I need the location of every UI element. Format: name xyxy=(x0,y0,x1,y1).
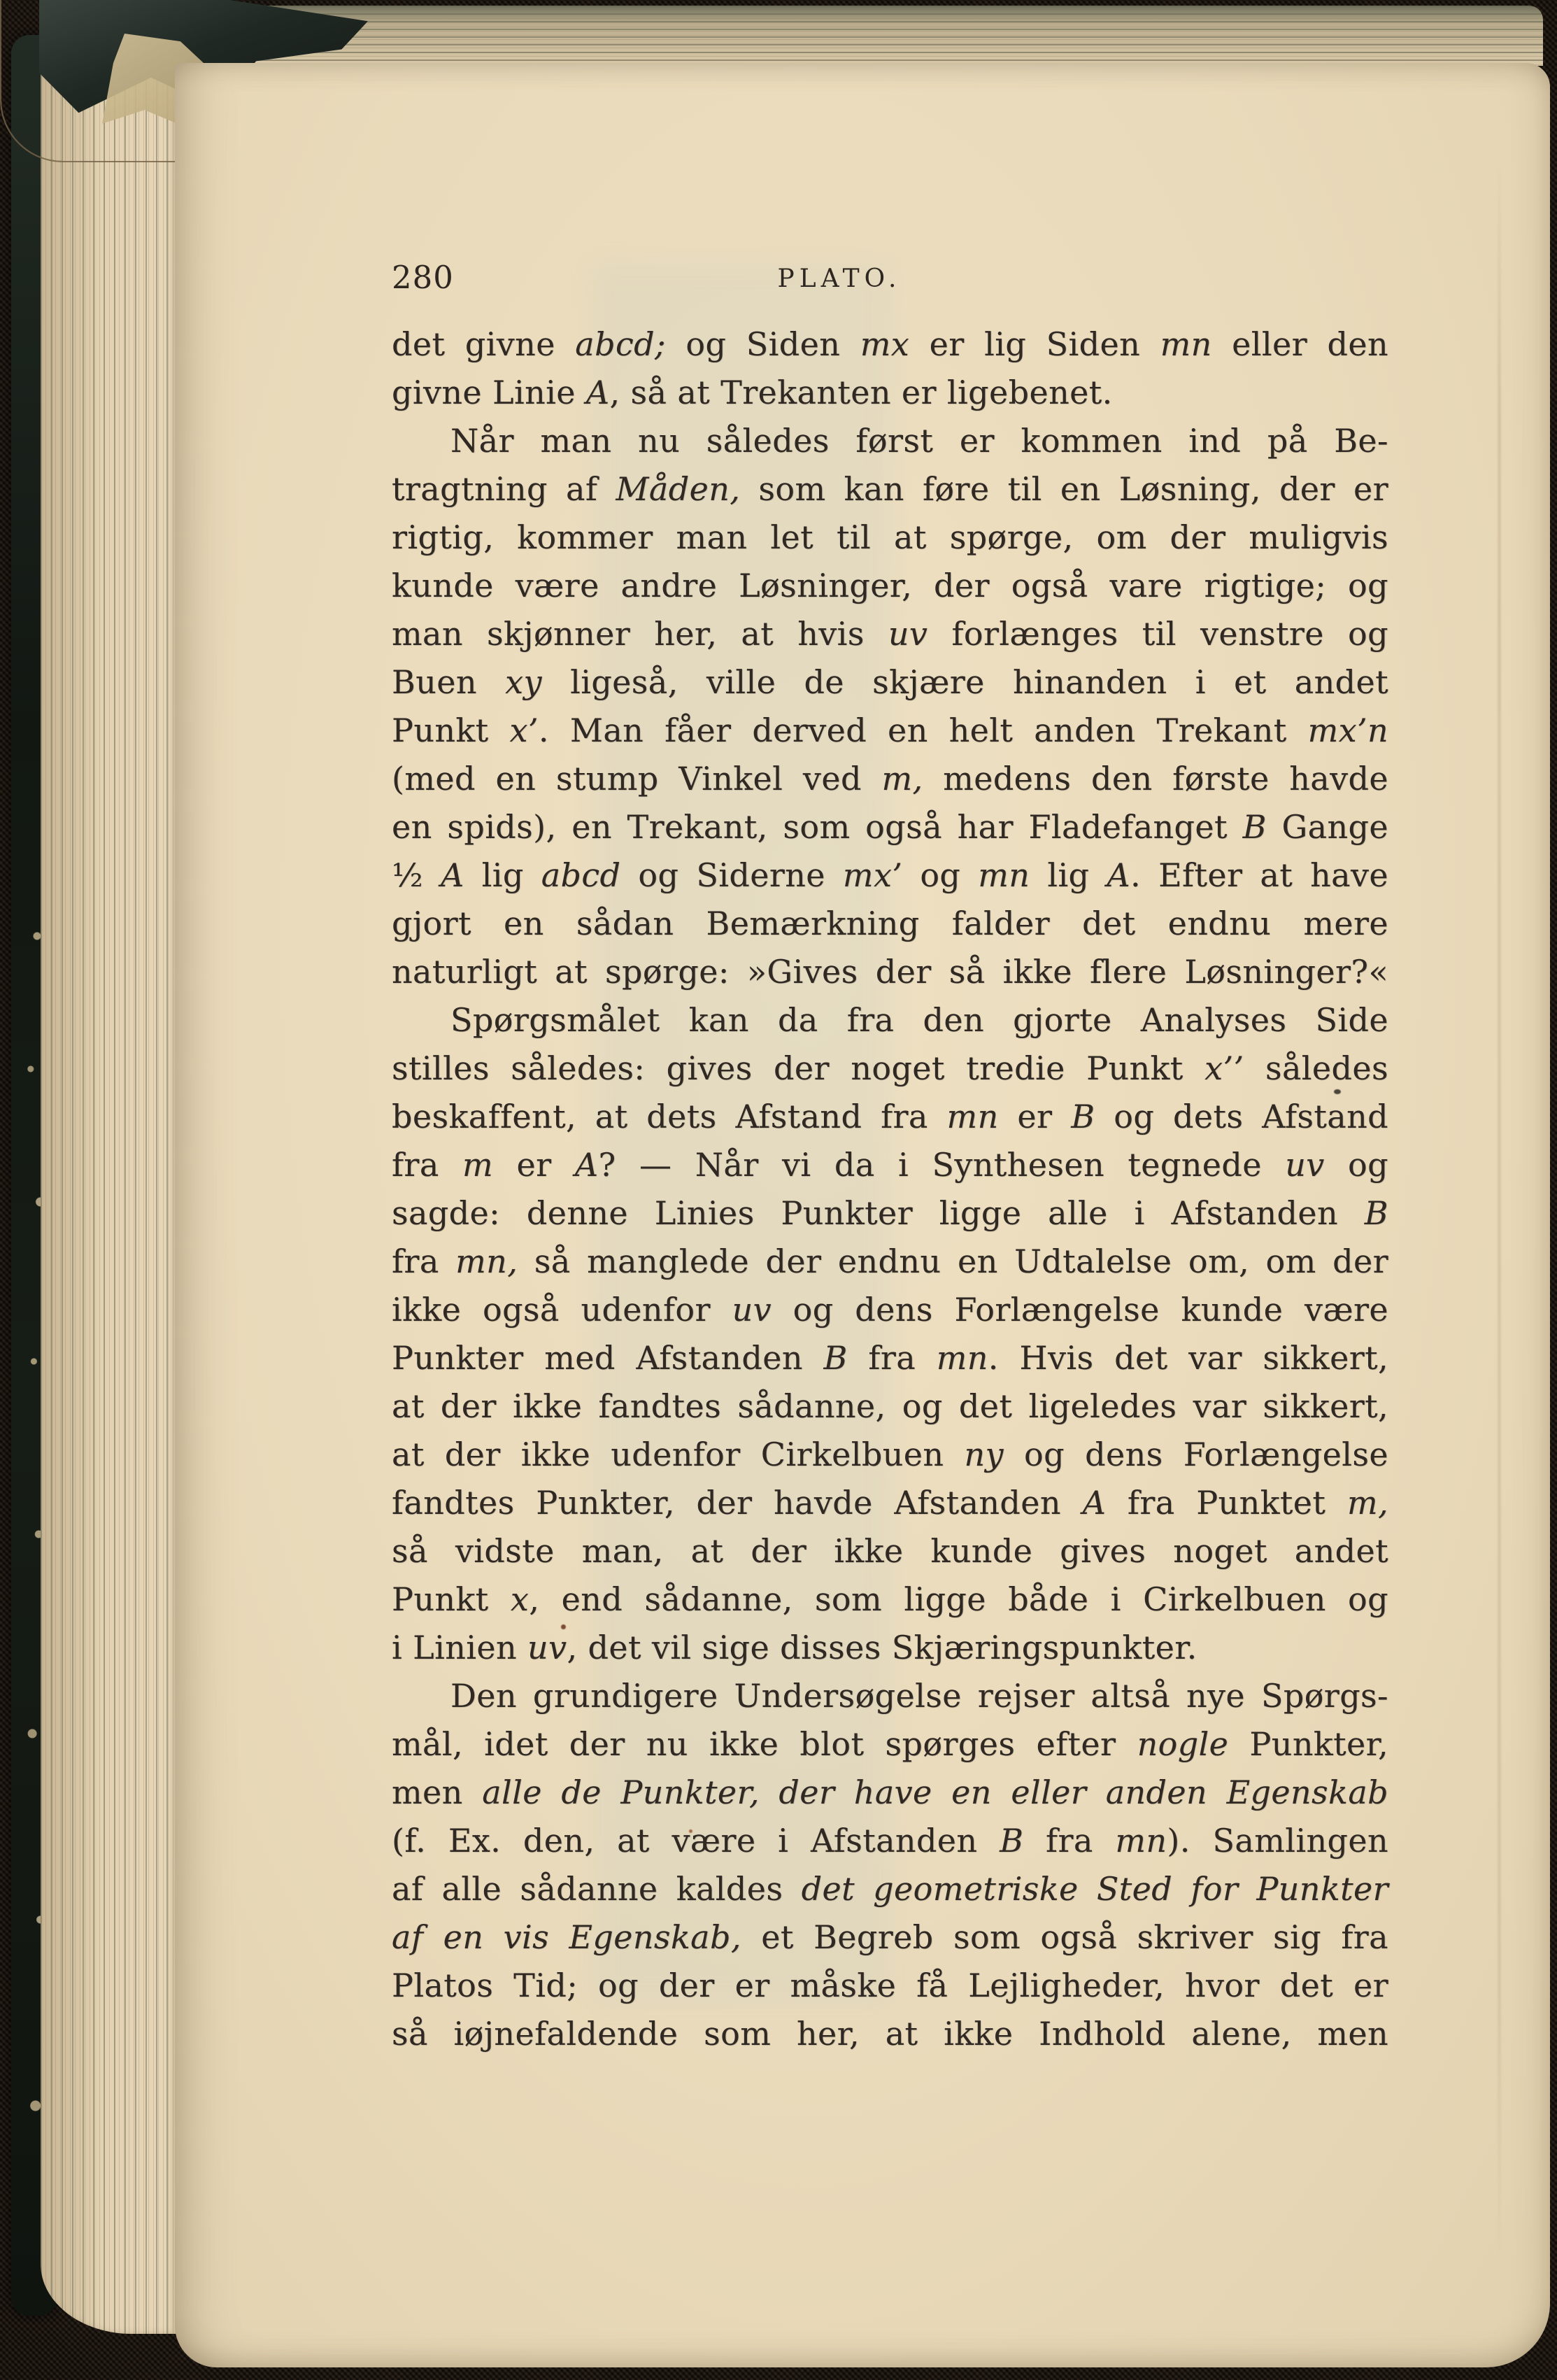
text-segment: er xyxy=(999,1098,1072,1135)
text-segment: er xyxy=(493,1146,575,1184)
text-segment: , end sådanne, som ligge både i Cirkelbu… xyxy=(529,1580,1388,1618)
text-segment-italic: B xyxy=(824,1339,848,1377)
text-segment: i Linien xyxy=(392,1629,527,1666)
text-line: fra m er A? — Når vi da i Synthesen tegn… xyxy=(392,1141,1388,1189)
text-segment-italic: B xyxy=(1000,1822,1023,1860)
text-segment-italic: Måden, xyxy=(616,470,740,508)
text-line: at der ikke udenfor Cirkelbuen ny og den… xyxy=(392,1431,1388,1479)
text-segment: , det vil sige disses Skjæringspunkter. xyxy=(567,1629,1197,1666)
text-segment-italic: abcd; xyxy=(575,325,666,363)
text-segment: lig xyxy=(464,856,541,894)
text-segment: , så at Trekanten er ligebenet. xyxy=(609,374,1112,411)
text-segment-italic: mn xyxy=(937,1339,988,1377)
text-segment-italic: m xyxy=(462,1146,493,1184)
text-segment-italic: mn xyxy=(947,1098,999,1135)
text-segment: eller den xyxy=(1212,325,1388,363)
text-segment-italic: af en vis Egenskab, xyxy=(392,1918,741,1956)
text-segment: Platos Tid; og der er måske få Lejlighed… xyxy=(392,1967,1388,2004)
text-line: Når man nu således først er kommen ind p… xyxy=(392,417,1388,465)
text-segment: gjort en sådan Bemærkning falder det end… xyxy=(392,905,1388,942)
text-line: mål, idet der nu ikke blot spørges efter… xyxy=(392,1720,1388,1769)
text-line: men alle de Punkter, der have en eller a… xyxy=(392,1769,1388,1817)
text-segment-italic: x xyxy=(511,1580,529,1618)
text-segment: ½ xyxy=(392,856,441,894)
text-segment-italic: uv xyxy=(888,615,927,653)
page-number: 280 xyxy=(392,259,454,296)
text-segment: beskaffent, at dets Afstand fra xyxy=(392,1098,947,1135)
text-segment-italic: mn xyxy=(1115,1822,1167,1860)
text-segment: (med en stump Vinkel ved xyxy=(392,760,881,798)
text-segment-italic: m, xyxy=(1347,1484,1388,1522)
text-segment: så vidste man, at der ikke kunde gives n… xyxy=(392,1532,1388,1570)
text-segment: Punkter, xyxy=(1228,1725,1388,1763)
text-segment: Spørgsmålet kan da fra den gjorte Analys… xyxy=(450,1001,1388,1039)
text-segment: Buen xyxy=(392,663,505,701)
text-segment: en spids), en Trekant, som også har Flad… xyxy=(392,808,1243,846)
text-segment-italic: A xyxy=(441,856,464,894)
text-segment-italic: det geometriske Sted for Punkter xyxy=(802,1870,1388,1908)
text-segment-italic: A xyxy=(1083,1484,1107,1522)
text-segment: ligeså, ville de skjære hinanden i et an… xyxy=(542,663,1388,701)
text-line: ikke også udenfor uv og dens Forlængelse… xyxy=(392,1286,1388,1334)
text-segment: at der ikke udenfor Cirkelbuen xyxy=(392,1436,965,1473)
text-segment: det givne xyxy=(392,325,575,363)
text-line: fandtes Punkter, der havde Afstanden A f… xyxy=(392,1479,1388,1527)
text-segment-italic: m, xyxy=(881,760,923,798)
text-segment: et Begreb som også skriver sig fra xyxy=(741,1918,1388,1956)
text-segment: kunde være andre Løsninger, der også var… xyxy=(392,567,1388,604)
text-segment: fra xyxy=(1023,1822,1115,1860)
text-line: stilles således: gives der noget tredie … xyxy=(392,1044,1388,1093)
text-segment-italic: B xyxy=(1365,1194,1388,1232)
text-segment: Når man nu således først er kommen ind p… xyxy=(450,422,1388,460)
text-segment: og xyxy=(902,856,978,894)
text-segment: af alle sådanne kaldes xyxy=(392,1870,802,1908)
text-segment-italic: mn xyxy=(1160,325,1212,363)
text-segment-italic: nogle xyxy=(1137,1725,1229,1763)
text-segment: som kan føre til en Løsning, der er xyxy=(740,470,1388,508)
page-edge-stack-left xyxy=(41,55,178,2334)
text-segment-italic: ny xyxy=(965,1436,1004,1473)
text-segment: Punkt xyxy=(392,711,510,749)
text-segment-italic: alle de Punkter, der have en eller anden… xyxy=(482,1773,1388,1811)
text-segment-italic: uv xyxy=(1285,1146,1324,1184)
text-segment: således xyxy=(1244,1049,1388,1087)
text-segment: at der ikke fandtes sådanne, og det lige… xyxy=(392,1387,1388,1425)
page-header: 280 PLATO. xyxy=(392,256,1388,301)
text-segment: og dens Forlængelse kunde være xyxy=(772,1291,1388,1329)
text-segment-italic: mn, xyxy=(455,1242,518,1280)
text-segment-italic: x’’ xyxy=(1204,1049,1244,1087)
text-line: så vidste man, at der ikke kunde gives n… xyxy=(392,1527,1388,1575)
text-segment-italic: uv xyxy=(732,1291,772,1329)
text-segment: tragtning af xyxy=(392,470,616,508)
text-segment: og Siden xyxy=(666,325,860,363)
text-segment: og dets Afstand xyxy=(1095,1098,1388,1135)
text-segment-italic: mx xyxy=(860,325,909,363)
text-segment-italic: abcd xyxy=(541,856,621,894)
text-segment: . Efter at have xyxy=(1130,856,1388,894)
text-line: en spids), en Trekant, som også har Flad… xyxy=(392,803,1388,851)
text-segment: og Siderne xyxy=(620,856,843,894)
text-line: (f. Ex. den, at være i Afstanden B fra m… xyxy=(392,1817,1388,1865)
text-segment: Punkt xyxy=(392,1580,511,1618)
text-line: så iøjnefaldende som her, at ikke Indhol… xyxy=(392,2010,1388,2058)
text-segment: ikke også udenfor xyxy=(392,1291,732,1329)
text-segment-italic: mx’n xyxy=(1308,711,1388,749)
text-line: rigtig, kommer man let til at spørge, om… xyxy=(392,513,1388,562)
text-segment-italic: B xyxy=(1243,808,1267,846)
text-line: (med en stump Vinkel ved m, medens den f… xyxy=(392,755,1388,803)
text-line: Punkt x, end sådanne, som ligge både i C… xyxy=(392,1575,1388,1624)
text-segment-italic: mx’ xyxy=(843,856,902,894)
text-segment-italic: x’ xyxy=(510,711,539,749)
text-segment-italic: xy xyxy=(505,663,542,701)
text-segment: ? — Når vi da i Synthesen tegnede xyxy=(599,1146,1286,1184)
text-segment: sagde: denne Linies Punkter ligge alle i… xyxy=(392,1194,1365,1232)
text-line: Platos Tid; og der er måske få Lejlighed… xyxy=(392,1962,1388,2010)
text-line: i Linien uv, det vil sige disses Skjærin… xyxy=(392,1624,1388,1672)
text-segment: rigtig, kommer man let til at spørge, om… xyxy=(392,518,1388,556)
text-segment: men xyxy=(392,1773,482,1811)
text-segment: fra xyxy=(392,1242,455,1280)
text-line: ½ A lig abcd og Siderne mx’ og mn lig A.… xyxy=(392,851,1388,900)
text-segment: Den grundigere Undersøgelse rejser altså… xyxy=(450,1677,1388,1715)
text-segment: og xyxy=(1325,1146,1388,1184)
text-line: givne Linie A, så at Trekanten er ligebe… xyxy=(392,369,1388,417)
page-text: det givne abcd; og Siden mx er lig Siden… xyxy=(392,320,1388,2058)
text-line: tragtning af Måden, som kan føre til en … xyxy=(392,465,1388,513)
text-segment: er lig Siden xyxy=(909,325,1160,363)
text-line: naturligt at spørge: »Gives der så ikke … xyxy=(392,948,1388,996)
text-segment: fra Punktet xyxy=(1106,1484,1347,1522)
text-segment-italic: A xyxy=(1107,856,1130,894)
text-segment: fra xyxy=(848,1339,937,1377)
text-segment: givne Linie xyxy=(392,374,586,411)
text-segment: så manglede der endnu en Udtalelse om, o… xyxy=(518,1242,1388,1280)
text-segment: ). Samlingen xyxy=(1167,1822,1388,1860)
text-segment: . Hvis det var sikkert, xyxy=(988,1339,1388,1377)
text-line: beskaffent, at dets Afstand fra mn er B … xyxy=(392,1093,1388,1141)
text-line: sagde: denne Linies Punkter ligge alle i… xyxy=(392,1189,1388,1238)
text-segment: fra xyxy=(392,1146,462,1184)
running-title: PLATO. xyxy=(777,264,901,293)
text-segment-italic: A xyxy=(586,374,610,411)
text-line: at der ikke fandtes sådanne, og det lige… xyxy=(392,1382,1388,1431)
text-line: fra mn, så manglede der endnu en Udtalel… xyxy=(392,1238,1388,1286)
page-crease xyxy=(1498,161,1500,2274)
text-line: Punkt x’. Man fåer derved en helt anden … xyxy=(392,707,1388,755)
text-segment: fandtes Punkter, der havde Afstanden xyxy=(392,1484,1083,1522)
text-segment: medens den første havde xyxy=(923,760,1388,798)
text-segment: og dens Forlængelse xyxy=(1004,1436,1388,1473)
text-line: man skjønner her, at hvis uv forlænges t… xyxy=(392,610,1388,658)
text-line: det givne abcd; og Siden mx er lig Siden… xyxy=(392,320,1388,369)
text-segment: (f. Ex. den, at være i Afstanden xyxy=(392,1822,1000,1860)
text-line: af en vis Egenskab, et Begreb som også s… xyxy=(392,1913,1388,1962)
text-line: Punkter med Afstanden B fra mn. Hvis det… xyxy=(392,1334,1388,1382)
text-segment-italic: B xyxy=(1071,1098,1095,1135)
book-page: 280 PLATO. det givne abcd; og Siden mx e… xyxy=(175,63,1550,2367)
text-segment: man skjønner her, at hvis xyxy=(392,615,888,653)
text-segment: mål, idet der nu ikke blot spørges efter xyxy=(392,1725,1137,1763)
text-segment: stilles således: gives der noget tredie … xyxy=(392,1049,1204,1087)
text-segment: . Man fåer derved en helt anden Trekant xyxy=(539,711,1308,749)
text-line: Den grundigere Undersøgelse rejser altså… xyxy=(392,1672,1388,1720)
text-line: Buen xy ligeså, ville de skjære hinanden… xyxy=(392,658,1388,707)
text-segment: forlænges til venstre og xyxy=(927,615,1388,653)
text-segment-italic: uv xyxy=(527,1629,567,1666)
text-segment-italic: mn xyxy=(978,856,1030,894)
text-segment: så iøjnefaldende som her, at ikke Indhol… xyxy=(392,2015,1388,2053)
text-segment: Punkter med Afstanden xyxy=(392,1339,824,1377)
text-line: Spørgsmålet kan da fra den gjorte Analys… xyxy=(392,996,1388,1044)
text-segment: lig xyxy=(1030,856,1107,894)
text-segment-italic: A xyxy=(575,1146,599,1184)
page-edge-stack-top xyxy=(147,6,1543,66)
text-segment: Gange xyxy=(1267,808,1388,846)
text-line: af alle sådanne kaldes det geometriske S… xyxy=(392,1865,1388,1913)
text-line: gjort en sådan Bemærkning falder det end… xyxy=(392,900,1388,948)
text-line: kunde være andre Løsninger, der også var… xyxy=(392,562,1388,610)
text-segment: naturligt at spørge: »Gives der så ikke … xyxy=(392,953,1388,991)
